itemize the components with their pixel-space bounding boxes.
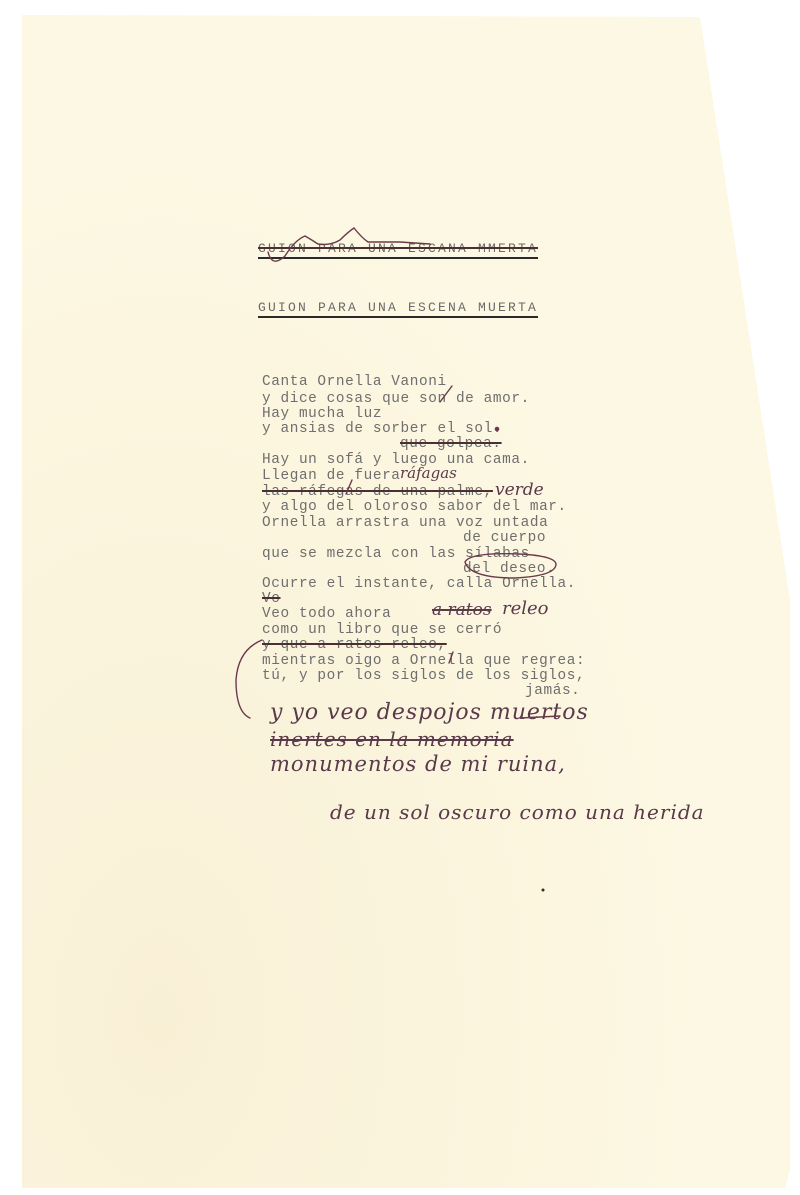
handwritten-line-struck: inertes en la memoria (270, 727, 514, 751)
poem-line: Llegan de fuera (262, 468, 401, 485)
poem-line-struck: y que a ratos releo, (262, 637, 447, 654)
page-title: GUION PARA UNA ESCENA MUERTA (258, 301, 538, 318)
poem-line: de cuerpo (463, 530, 546, 547)
poem-line: Canta Ornella Vanoni (262, 374, 447, 391)
handwritten-line: monumentos de mi ruina, (270, 752, 566, 776)
annotation-releo: releo (502, 598, 549, 619)
struck-title: GUION PARA UNA ESCANA MMERTA (258, 242, 538, 259)
poem-line-struck: que golpea. (400, 436, 502, 453)
annotation-rafagas: ráfagas (400, 464, 457, 482)
annotation-a-ratos: a ratos (432, 600, 492, 620)
annotation-verde: verde (495, 480, 544, 500)
handwritten-line: y yo veo despojos muertos (270, 700, 589, 725)
poem-line: Hay un sofá y luego una cama. (262, 452, 530, 469)
handwritten-line: de un sol oscuro como una herida (330, 800, 705, 824)
poem-line: Veo todo ahora (262, 606, 391, 623)
paper-sheet (0, 0, 800, 1195)
poem-line: jamás. (525, 683, 580, 700)
poem-line: y algo del oloroso sabor del mar. (262, 499, 567, 516)
poem-line: Ocurre el instante, calla Ornella. (262, 576, 576, 593)
